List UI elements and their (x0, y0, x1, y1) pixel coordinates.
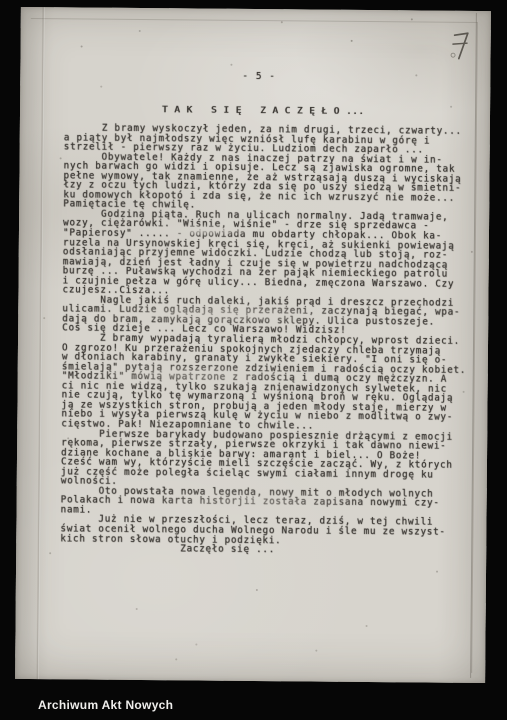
document-body-text: Z bramy wyskoczył jeden, za nim drugi, t… (60, 123, 478, 556)
document-title: T A K S I Ę Z A C Z Ę Ł O ... (162, 104, 364, 117)
scan-background: - 5 - T A K S I Ę Z A C Z Ę Ł O ... Z br… (0, 0, 507, 720)
document-page: - 5 - T A K S I Ę Z A C Z Ę Ł O ... Z br… (15, 7, 491, 683)
page-number: - 5 - (242, 71, 276, 82)
handwritten-page-number-icon (447, 28, 476, 70)
archive-watermark-label: Archiwum Akt Nowych (38, 698, 173, 712)
typewritten-content: - 5 - T A K S I Ę Z A C Z Ę Ł O ... Z br… (15, 7, 491, 683)
